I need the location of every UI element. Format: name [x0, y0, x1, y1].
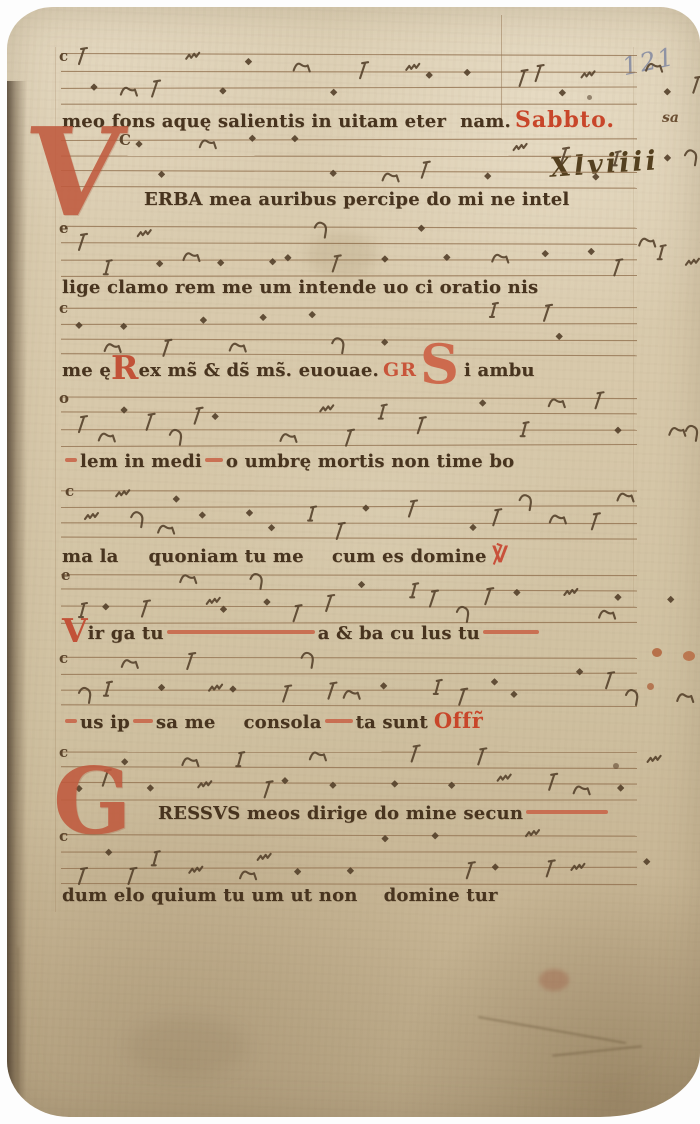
neume-virga [265, 781, 273, 797]
neume-virga [195, 408, 203, 424]
neume-virga [187, 653, 195, 669]
neume-punctum [382, 256, 388, 262]
neume-punctum [492, 679, 498, 685]
neume-punctum [511, 691, 517, 697]
neume-quilisma [189, 867, 202, 873]
neume-punctum [347, 868, 353, 874]
neume-clivis [170, 430, 181, 445]
neume-virga [283, 686, 291, 702]
neume-virga [337, 523, 345, 539]
neume-virga [459, 689, 467, 705]
neume-virga [412, 745, 420, 761]
neume-punctum [392, 781, 398, 787]
manuscript-page: 121 sa Xlviiii cmeo fons aquę salientis … [7, 7, 700, 1117]
neume-punctum [432, 833, 438, 839]
staff-line [61, 71, 637, 72]
neume-clivis [686, 426, 697, 441]
neume-clivis [520, 495, 531, 510]
neume-torculus [549, 399, 565, 407]
staff-line [61, 445, 637, 447]
neume-virga [294, 605, 302, 621]
melisma-filler-line [325, 719, 353, 723]
neume-virga [478, 748, 486, 764]
neume-virga [547, 860, 555, 876]
neume-podatus [379, 405, 387, 419]
neume-torculus [677, 694, 693, 702]
neume-torculus [294, 64, 310, 72]
neume-punctum [359, 582, 365, 588]
staff-line [61, 139, 637, 141]
neume-quilisma [686, 259, 699, 265]
lyric-text: sa me [156, 712, 216, 733]
neume-punctum [618, 785, 624, 791]
lyric-text: o umbrę mortis non time bo [226, 451, 514, 472]
stain [683, 651, 695, 661]
staff-and-neumes: c [49, 741, 649, 811]
melisma-filler-line [167, 630, 315, 634]
neume-punctum [464, 69, 470, 75]
neume-quilisma [564, 589, 577, 595]
crease [17, 947, 19, 1097]
lyric-text: consola [243, 712, 321, 733]
neume-torculus [669, 428, 685, 436]
neume-punctum [381, 683, 387, 689]
lyric-line: dum elo quium tu um ut nondomine tur [62, 885, 498, 906]
neume-punctum [664, 89, 670, 95]
neume-virga [79, 868, 87, 884]
neume-virga [346, 430, 354, 446]
clef-letter: c [59, 827, 68, 845]
neume-torculus [383, 174, 399, 182]
staff-line [61, 606, 637, 607]
neume-clivis [131, 512, 142, 527]
neume-quilisma [85, 513, 98, 519]
staff-line [61, 187, 637, 189]
staff-line [61, 54, 637, 56]
neume-punctum [91, 84, 97, 90]
lyric-text: ERBA mea auribus percipe do mi ne intel [144, 189, 569, 210]
neume-punctum [559, 90, 565, 96]
lyric-text: ex ms̃ & ds̃ ms̃. euouae. [138, 360, 379, 381]
neume-virga [606, 672, 614, 688]
neume-podatus [521, 422, 529, 436]
rubric-text: GR [383, 359, 417, 381]
lyric-line: RESSVS meos dirige do mine secun [158, 803, 611, 824]
lyric-text: i ambu [464, 360, 535, 381]
neume-punctum [147, 785, 153, 791]
lyric-line: me ęRex ms̃ & ds̃ ms̃. euouae.GRSi ambu [62, 357, 535, 381]
neume-punctum [588, 249, 594, 255]
neume-virga [467, 862, 475, 878]
neume-torculus [310, 753, 326, 761]
neume-torculus [574, 787, 590, 795]
illuminated-initial-V: V [21, 111, 128, 233]
lyric-text: a & ba cu lus tu [318, 623, 480, 644]
lyric-line: Vir ga tua & ba cu lus tu [62, 623, 542, 644]
staff-line [61, 767, 637, 769]
neume-punctum [309, 312, 315, 318]
neume-quilisma [320, 405, 333, 411]
clef-letter: c [59, 649, 68, 667]
neume-punctum [200, 317, 206, 323]
neume-virga [142, 601, 150, 617]
neume-torculus [182, 758, 198, 766]
neume-quilisma [198, 781, 211, 787]
neume-quilisma [406, 64, 419, 70]
neume-torculus [639, 239, 655, 247]
staff-line [61, 412, 637, 414]
neume-virga [693, 77, 700, 93]
lyric-line: us ipsa meconsolata suntOffr̃ [62, 708, 483, 733]
neume-torculus [599, 611, 615, 619]
neume-punctum [245, 59, 251, 65]
neume-virga [79, 234, 87, 250]
neume-punctum [220, 88, 226, 94]
clef-letter: e [61, 566, 71, 584]
clef-letter: e [59, 219, 69, 237]
neume-podatus [104, 682, 112, 696]
neume-punctum [485, 173, 491, 179]
melisma-filler-line [133, 719, 153, 723]
staff-line [61, 87, 637, 88]
lyric-text: domine tur [384, 885, 498, 906]
clef-letter: c [59, 299, 68, 317]
neume-virga [163, 340, 171, 356]
neume-punctum [331, 89, 337, 95]
melisma-filler-line [526, 810, 608, 814]
neume-punctum [230, 686, 236, 692]
neume-quilisma [648, 756, 661, 762]
neume-torculus [617, 494, 633, 502]
neume-torculus [158, 526, 174, 534]
neume-punctum [246, 510, 252, 516]
neume-punctum [363, 505, 369, 511]
staff-line [61, 339, 637, 340]
neume-punctum [577, 669, 583, 675]
clef-letter: c [59, 47, 68, 65]
staff-and-neumes: c [49, 480, 649, 550]
neume-punctum [103, 604, 109, 610]
staff-line [61, 589, 637, 591]
stain [127, 1017, 247, 1077]
neume-punctum [159, 684, 165, 690]
neume-torculus [240, 872, 256, 880]
neume-podatus [490, 303, 498, 317]
staff-line [61, 308, 637, 309]
neume-virga [333, 255, 341, 271]
staff-line [61, 354, 637, 356]
neume-virga [493, 509, 501, 525]
staff-line [61, 226, 637, 228]
staff-line [61, 324, 637, 325]
clef-letter: c [65, 482, 74, 500]
neume-virga [409, 500, 417, 516]
neume-virga [592, 513, 600, 529]
neume-punctum [556, 333, 562, 339]
neume-punctum [159, 171, 165, 177]
staff-line [61, 171, 637, 173]
neume-podatus [308, 507, 316, 521]
neume-punctum [199, 512, 205, 518]
neume-torculus [180, 575, 196, 583]
neume-torculus [200, 140, 216, 148]
neume-virga [614, 259, 622, 275]
neume-punctum [264, 599, 270, 605]
staff-line [61, 506, 637, 508]
melisma-filler-line [483, 630, 539, 634]
lyric-text: lige clamo rem me um intende uo ci orati… [62, 277, 538, 298]
neume-torculus [99, 434, 115, 442]
staff-and-neumes: c [49, 647, 649, 717]
neume-punctum [295, 869, 301, 875]
neume-punctum [615, 427, 621, 433]
neume-torculus [492, 255, 508, 263]
neume-quilisma [498, 775, 511, 781]
neume-podatus [613, 151, 621, 165]
neume-torculus [122, 660, 138, 668]
neume-torculus [230, 344, 246, 352]
lyric-line: lem in medio umbrę mortis non time bo [62, 451, 514, 472]
melisma-filler-line [65, 458, 77, 462]
neume-punctum [664, 155, 670, 161]
neume-virga [147, 414, 155, 430]
neume-virga [430, 591, 438, 607]
rubric-text: Offr̃ [434, 708, 483, 733]
neume-virga [596, 392, 604, 408]
melisma-filler-line [205, 458, 223, 462]
neume-punctum [542, 251, 548, 257]
neume-virga [561, 148, 569, 164]
neume-punctum [220, 606, 226, 612]
neume-punctum [76, 322, 82, 328]
neume-virga [128, 868, 136, 884]
neume-quilisma [207, 598, 220, 604]
neume-clivis [315, 223, 326, 238]
neume-punctum [212, 413, 218, 419]
crease [478, 1016, 626, 1044]
melisma-filler-line [65, 719, 77, 723]
lyric-line: ERBA mea auribus percipe do mi ne intel [144, 189, 569, 210]
neume-clivis [626, 690, 637, 705]
neume-torculus [121, 88, 137, 96]
neume-punctum [644, 859, 650, 865]
neume-virga [360, 62, 368, 78]
neume-podatus [658, 245, 666, 259]
manuscript-photo: 121 sa Xlviiii cmeo fons aquę salientis … [0, 0, 700, 1124]
neume-quilisma [571, 864, 584, 870]
neume-torculus [344, 691, 360, 699]
stain [652, 648, 662, 657]
neume-punctum [292, 136, 298, 142]
neume-punctum [418, 225, 424, 231]
neume-punctum [269, 525, 275, 531]
neume-punctum [173, 496, 179, 502]
lyric-text: ir ga tu [88, 623, 164, 644]
neume-clivis [685, 150, 696, 165]
staff-line [61, 835, 637, 837]
neume-punctum [668, 596, 674, 602]
neume-punctum [470, 524, 476, 530]
neume-punctum [492, 864, 498, 870]
lyric-text: lem in medi [80, 451, 202, 472]
staff-and-neumes: o [49, 387, 649, 457]
neume-clivis [302, 653, 313, 668]
margin-catchword: sa [662, 110, 679, 126]
neume-clivis [332, 338, 343, 353]
neume-podatus [104, 260, 112, 274]
staff-and-neumes: c [49, 45, 649, 115]
neume-quilisma [526, 830, 539, 836]
neume-podatus [152, 851, 160, 865]
neume-clivis [457, 607, 468, 622]
neume-podatus [434, 680, 442, 694]
neume-punctum [218, 260, 224, 266]
staff-line [61, 705, 637, 707]
lyric-text: us ip [80, 712, 130, 733]
crease [552, 1045, 642, 1056]
staff-line [61, 397, 637, 399]
neume-punctum [260, 314, 266, 320]
staff-line [61, 575, 637, 576]
neume-virga [418, 417, 426, 433]
lyric-line: lige clamo rem me um intende uo ci orati… [62, 277, 538, 298]
neume-virga [536, 65, 544, 81]
neume-punctum [106, 849, 112, 855]
stain [539, 969, 569, 991]
neume-quilisma [138, 230, 151, 236]
neume-virga [422, 162, 430, 178]
lyric-text: dum elo quium tu um ut non [62, 885, 358, 906]
neume-punctum [157, 261, 163, 267]
neume-torculus [280, 434, 296, 442]
neume-virga [326, 595, 334, 611]
neume-podatus [236, 752, 244, 766]
neume-quilisma [258, 854, 271, 860]
neume-virga [79, 48, 87, 64]
neume-punctum [136, 141, 142, 147]
neume-punctum [382, 836, 388, 842]
neume-torculus [550, 516, 566, 524]
neume-punctum [593, 174, 599, 180]
neume-clivis [250, 574, 261, 589]
neume-punctum [615, 594, 621, 600]
neume-punctum [480, 400, 486, 406]
lyric-text: me ę [62, 360, 111, 381]
staff-line [61, 537, 637, 539]
clef-letter: o [59, 389, 69, 407]
lyric-text: RESSVS meos dirige do mine secun [158, 803, 523, 824]
staff-line [61, 243, 637, 245]
neume-quilisma [514, 144, 527, 150]
lyric-text: ta sunt [356, 712, 428, 733]
neume-punctum [426, 72, 432, 78]
neume-virga [549, 774, 557, 790]
staff-line [61, 657, 637, 658]
staff-line [61, 673, 637, 674]
